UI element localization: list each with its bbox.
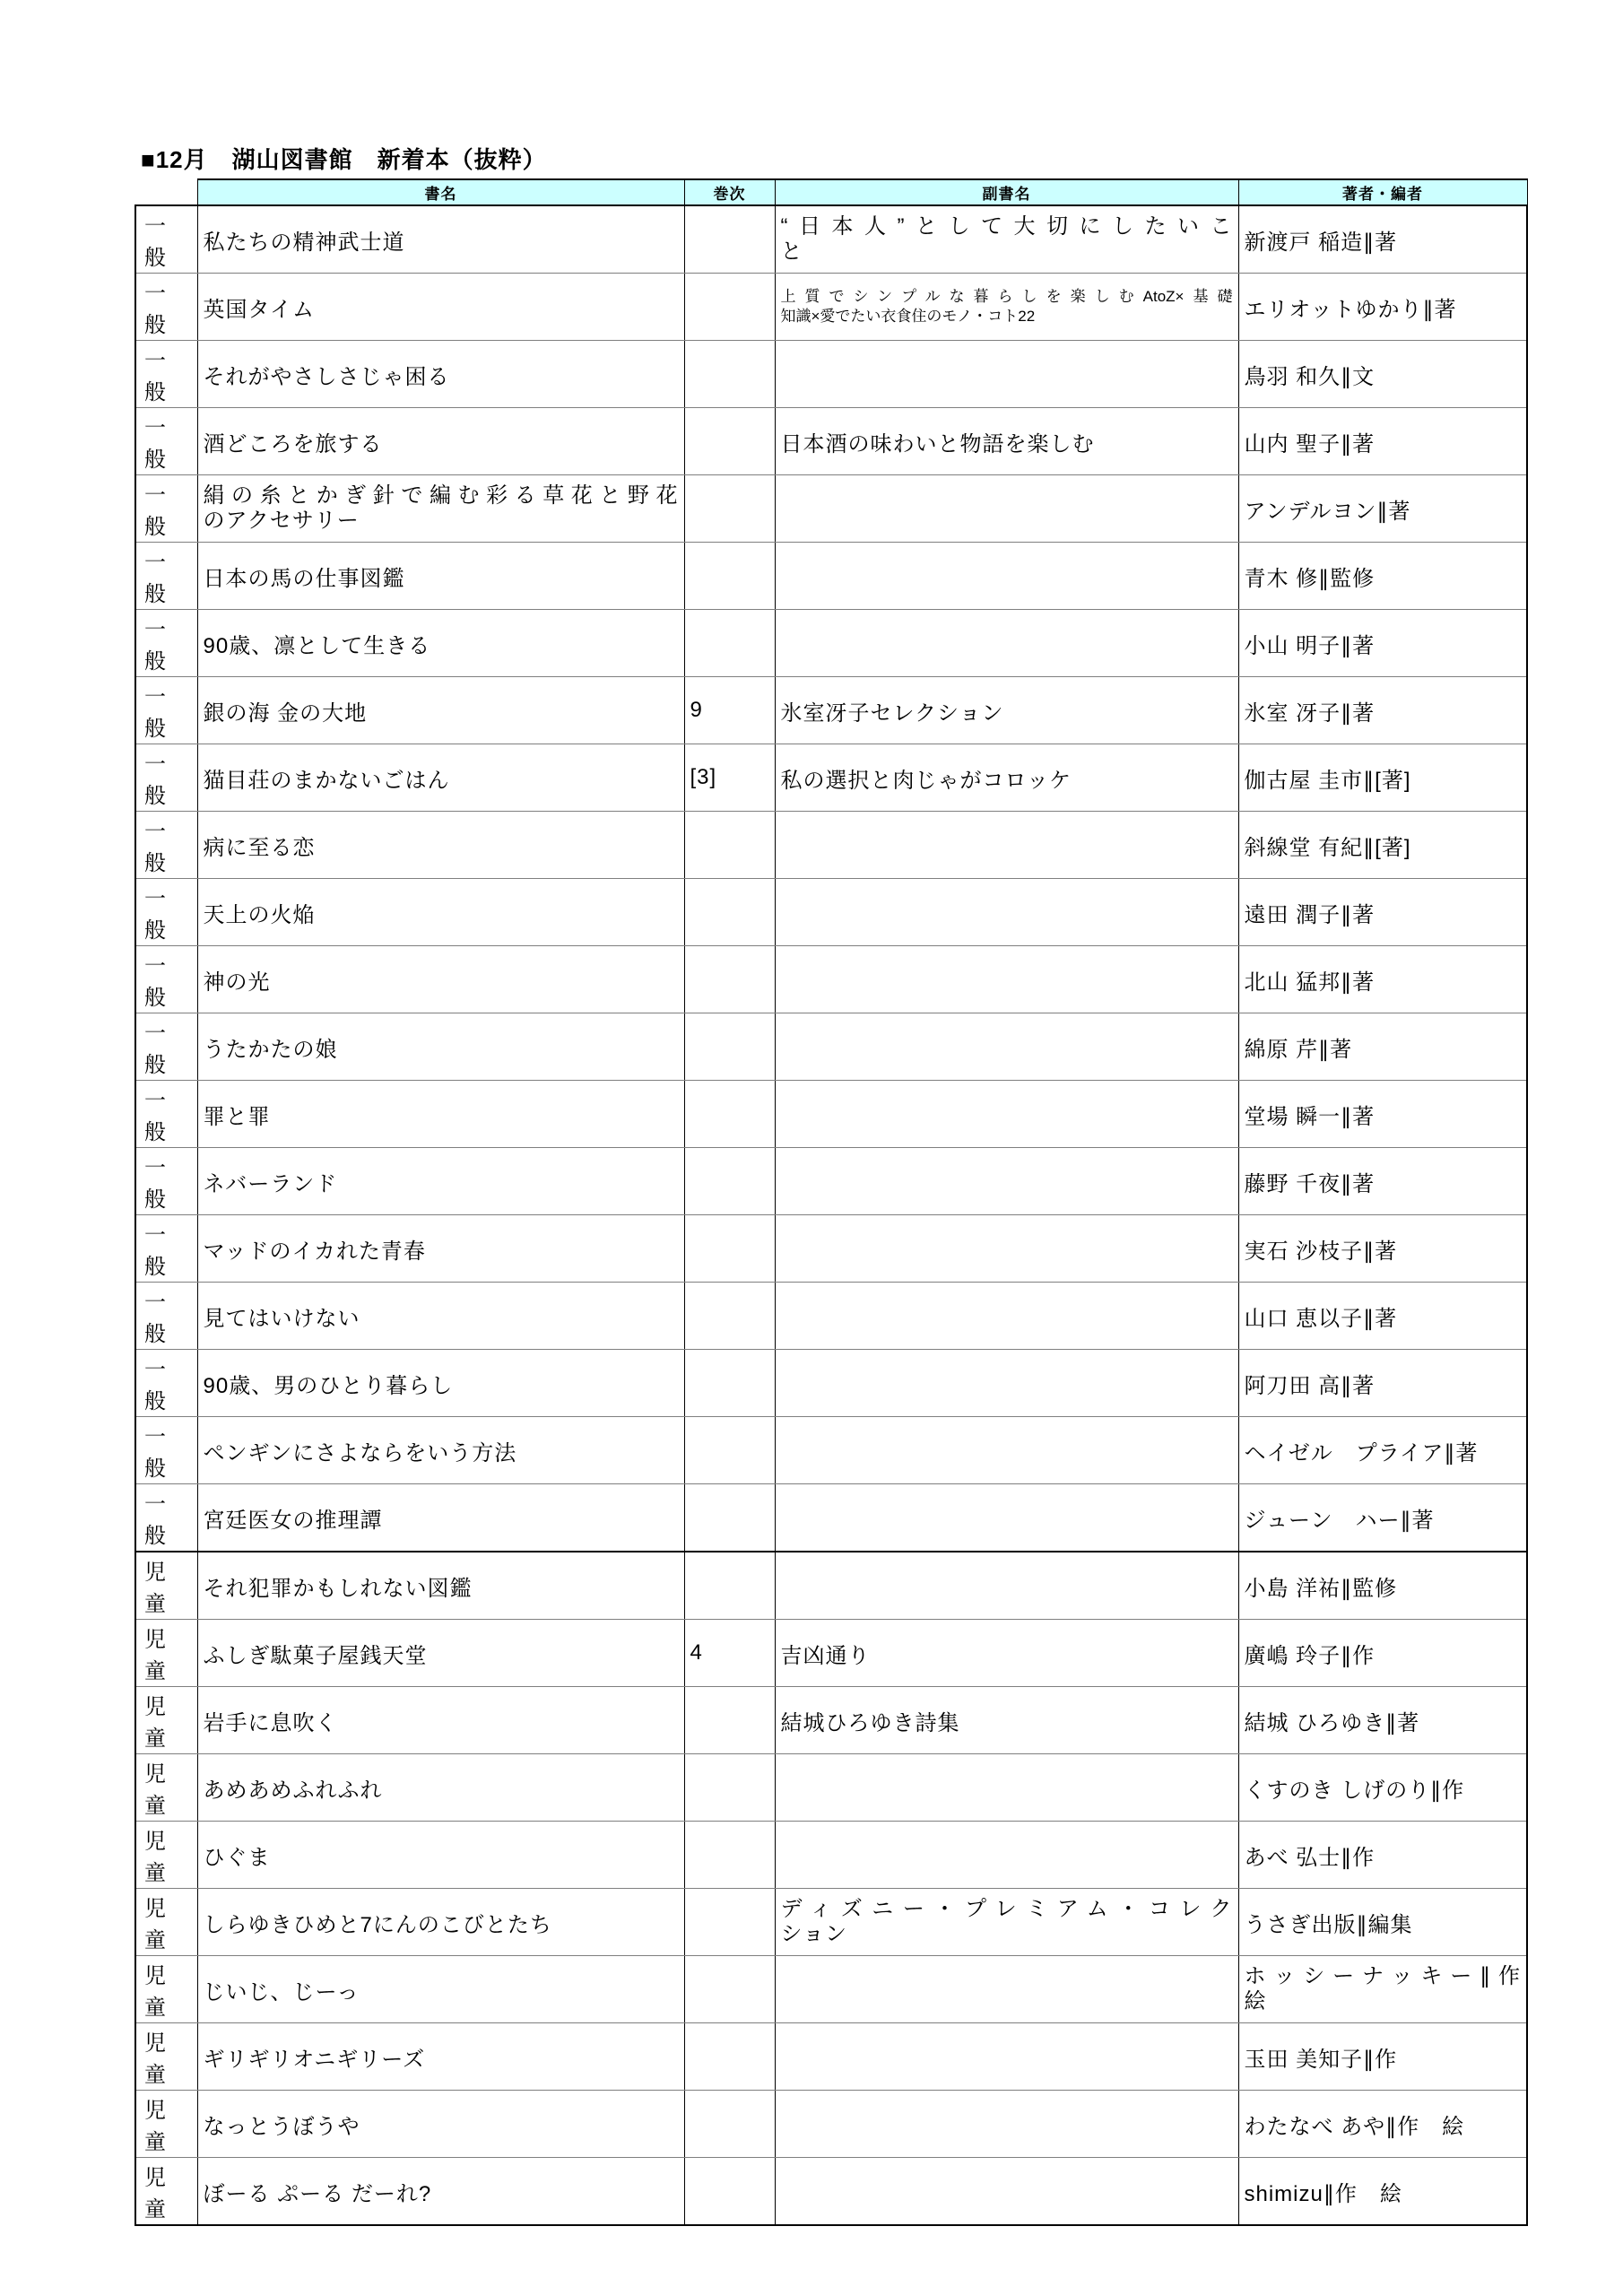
cell-author: 山内 聖子∥著	[1238, 408, 1527, 475]
cell-subtitle	[775, 879, 1238, 946]
cell-title: 90歳、凛として生きる	[197, 610, 684, 677]
cell-title: 岩手に息吹く	[197, 1687, 684, 1754]
table-row: 児童なっとうぼうやわたなべ あや∥作 絵	[135, 2091, 1527, 2158]
cell-subtitle	[775, 1417, 1238, 1484]
table-row: 児童ふしぎ駄菓子屋銭天堂4吉凶通り廣嶋 玲子∥作	[135, 1620, 1527, 1687]
cell-subtitle	[775, 341, 1238, 408]
cell-subtitle: 吉凶通り	[775, 1620, 1238, 1687]
cell-title: 酒どころを旅する	[197, 408, 684, 475]
cell-author: 綿原 芹∥著	[1238, 1013, 1527, 1081]
cell-volume	[684, 1283, 775, 1350]
cell-title: それがやさしさじゃ困る	[197, 341, 684, 408]
cell-author: 斜線堂 有紀∥[著]	[1238, 812, 1527, 879]
cell-volume	[684, 341, 775, 408]
table-row: 児童それ犯罪かもしれない図鑑小島 洋祐∥監修	[135, 1552, 1527, 1620]
column-header-volume: 巻次	[684, 179, 775, 205]
cell-category: 一般	[135, 1417, 197, 1484]
cell-subtitle: “日本人”として大切にしたいこと	[775, 205, 1238, 274]
cell-author: 遠田 潤子∥著	[1238, 879, 1527, 946]
cell-title: 日本の馬の仕事図鑑	[197, 543, 684, 610]
cell-title: 絹の糸とかぎ針で編む彩る草花と野花のアクセサリー	[197, 475, 684, 543]
cell-volume: [3]	[684, 744, 775, 812]
cell-category: 一般	[135, 946, 197, 1013]
table-row: 一般90歳、凛として生きる小山 明子∥著	[135, 610, 1527, 677]
cell-subtitle	[775, 1283, 1238, 1350]
cell-category: 児童	[135, 2023, 197, 2091]
cell-category: 児童	[135, 1822, 197, 1889]
cell-author: 実石 沙枝子∥著	[1238, 1215, 1527, 1283]
cell-volume	[684, 1687, 775, 1754]
cell-author: 北山 猛邦∥著	[1238, 946, 1527, 1013]
cell-subtitle	[775, 1754, 1238, 1822]
table-row: 児童じいじ、じーっホッシーナッキー∥作絵	[135, 1956, 1527, 2023]
cell-subtitle	[775, 2023, 1238, 2091]
cell-volume	[684, 1081, 775, 1148]
table-row: 一般神の光北山 猛邦∥著	[135, 946, 1527, 1013]
table-row: 一般マッドのイカれた青春実石 沙枝子∥著	[135, 1215, 1527, 1283]
table-row: 児童あめあめふれふれくすのき しげのり∥作	[135, 1754, 1527, 1822]
cell-title: 病に至る恋	[197, 812, 684, 879]
table-row: 一般病に至る恋斜線堂 有紀∥[著]	[135, 812, 1527, 879]
cell-volume	[684, 1417, 775, 1484]
cell-category: 一般	[135, 812, 197, 879]
cell-category: 一般	[135, 1215, 197, 1283]
cell-author: 山口 恵以子∥著	[1238, 1283, 1527, 1350]
table-header: 書名 巻次 副書名 著者・編者	[135, 179, 1527, 205]
cell-subtitle: ディズニー・プレミアム・コレクション	[775, 1889, 1238, 1956]
cell-volume	[684, 1956, 775, 2023]
cell-category: 一般	[135, 475, 197, 543]
table-row: 一般見てはいけない山口 恵以子∥著	[135, 1283, 1527, 1350]
table-row: 児童ギリギリオニギリーズ玉田 美知子∥作	[135, 2023, 1527, 2091]
cell-volume	[684, 1552, 775, 1620]
cell-subtitle	[775, 543, 1238, 610]
cell-title: あめあめふれふれ	[197, 1754, 684, 1822]
cell-volume	[684, 2158, 775, 2226]
cell-category: 児童	[135, 1552, 197, 1620]
table-row: 児童ひぐまあべ 弘士∥作	[135, 1822, 1527, 1889]
cell-category: 一般	[135, 744, 197, 812]
table-row: 一般ネバーランド藤野 千夜∥著	[135, 1148, 1527, 1215]
cell-title: ぼーる ぷーる だーれ?	[197, 2158, 684, 2226]
cell-author: あべ 弘士∥作	[1238, 1822, 1527, 1889]
cell-category: 一般	[135, 1148, 197, 1215]
cell-category: 一般	[135, 610, 197, 677]
cell-subtitle	[775, 1484, 1238, 1552]
cell-category: 一般	[135, 341, 197, 408]
cell-title: マッドのイカれた青春	[197, 1215, 684, 1283]
table-row: 一般90歳、男のひとり暮らし阿刀田 高∥著	[135, 1350, 1527, 1417]
cell-category: 児童	[135, 1687, 197, 1754]
cell-subtitle	[775, 1013, 1238, 1081]
cell-volume	[684, 2091, 775, 2158]
cell-title: それ犯罪かもしれない図鑑	[197, 1552, 684, 1620]
cell-title: 私たちの精神武士道	[197, 205, 684, 274]
cell-author: 結城 ひろゆき∥著	[1238, 1687, 1527, 1754]
cell-line: ディズニー・プレミアム・コレク	[781, 1897, 1233, 1922]
cell-category: 一般	[135, 677, 197, 744]
cell-subtitle	[775, 2091, 1238, 2158]
cell-category: 一般	[135, 1484, 197, 1552]
cell-category: 児童	[135, 1754, 197, 1822]
cell-category: 児童	[135, 2158, 197, 2226]
cell-author: わたなべ あや∥作 絵	[1238, 2091, 1527, 2158]
cell-subtitle	[775, 1552, 1238, 1620]
cell-author: ヘイゼル プライア∥著	[1238, 1417, 1527, 1484]
cell-line: 知識×愛でたい衣食住のモノ・コト22	[781, 307, 1233, 326]
cell-title: 宮廷医女の推理譚	[197, 1484, 684, 1552]
cell-line: 絹の糸とかぎ針で編む彩る草花と野花	[204, 483, 679, 509]
cell-category: 一般	[135, 1350, 197, 1417]
cell-subtitle: 日本酒の味わいと物語を楽しむ	[775, 408, 1238, 475]
cell-volume	[684, 610, 775, 677]
cell-category: 一般	[135, 408, 197, 475]
page: ■12月 湖山図書館 新着本（抜粋） 書名 巻次 副書名 著者・編者 一般私たち…	[0, 0, 1623, 2296]
cell-line: のアクセサリー	[204, 509, 679, 534]
cell-subtitle	[775, 2158, 1238, 2226]
cell-subtitle	[775, 812, 1238, 879]
table-row: 一般酒どころを旅する日本酒の味わいと物語を楽しむ山内 聖子∥著	[135, 408, 1527, 475]
new-arrivals-table: 書名 巻次 副書名 著者・編者 一般私たちの精神武士道“日本人”として大切にした…	[135, 178, 1528, 2226]
cell-title: 天上の火焔	[197, 879, 684, 946]
cell-volume	[684, 2023, 775, 2091]
column-header-author: 著者・編者	[1238, 179, 1527, 205]
cell-author: 堂場 瞬一∥著	[1238, 1081, 1527, 1148]
column-header-subtitle: 副書名	[775, 179, 1238, 205]
cell-subtitle	[775, 946, 1238, 1013]
cell-author: ホッシーナッキー∥作絵	[1238, 1956, 1527, 2023]
cell-volume: 9	[684, 677, 775, 744]
cell-title: 神の光	[197, 946, 684, 1013]
cell-volume	[684, 879, 775, 946]
cell-title: ふしぎ駄菓子屋銭天堂	[197, 1620, 684, 1687]
table-row: 一般天上の火焔遠田 潤子∥著	[135, 879, 1527, 946]
header-row: 書名 巻次 副書名 著者・編者	[135, 179, 1527, 205]
cell-author: うさぎ出版∥編集	[1238, 1889, 1527, 1956]
table-row: 一般それがやさしさじゃ困る鳥羽 和久∥文	[135, 341, 1527, 408]
cell-title: 猫目荘のまかないごはん	[197, 744, 684, 812]
table-row: 児童しらゆきひめと7にんのこびとたちディズニー・プレミアム・コレクションうさぎ出…	[135, 1889, 1527, 1956]
table-row: 一般ペンギンにさよならをいう方法ヘイゼル プライア∥著	[135, 1417, 1527, 1484]
cell-author: 新渡戸 稲造∥著	[1238, 205, 1527, 274]
cell-line: 上質でシンプルな暮らしを楽しむAtoZ×基礎	[781, 287, 1233, 307]
cell-line: 絵	[1245, 1989, 1522, 2014]
cell-volume: 4	[684, 1620, 775, 1687]
cell-title: 銀の海 金の大地	[197, 677, 684, 744]
table-row: 一般絹の糸とかぎ針で編む彩る草花と野花のアクセサリーアンデルヨン∥著	[135, 475, 1527, 543]
cell-title: 見てはいけない	[197, 1283, 684, 1350]
cell-volume	[684, 1215, 775, 1283]
cell-author: 玉田 美知子∥作	[1238, 2023, 1527, 2091]
cell-volume	[684, 274, 775, 341]
cell-subtitle	[775, 610, 1238, 677]
cell-category: 一般	[135, 205, 197, 274]
header-spacer	[135, 179, 197, 205]
cell-category: 一般	[135, 543, 197, 610]
cell-author: 鳥羽 和久∥文	[1238, 341, 1527, 408]
cell-subtitle	[775, 1350, 1238, 1417]
cell-title: 罪と罪	[197, 1081, 684, 1148]
cell-volume	[684, 1822, 775, 1889]
cell-author: 小山 明子∥著	[1238, 610, 1527, 677]
cell-subtitle	[775, 1148, 1238, 1215]
cell-line: ション	[781, 1922, 1233, 1947]
cell-volume	[684, 812, 775, 879]
cell-volume	[684, 408, 775, 475]
cell-category: 一般	[135, 1081, 197, 1148]
table-row: 一般うたかたの娘綿原 芹∥著	[135, 1013, 1527, 1081]
cell-author: shimizu∥作 絵	[1238, 2158, 1527, 2226]
cell-line: と	[781, 239, 1233, 265]
cell-subtitle	[775, 1081, 1238, 1148]
table-row: 一般英国タイム上質でシンプルな暮らしを楽しむAtoZ×基礎知識×愛でたい衣食住の…	[135, 274, 1527, 341]
cell-category: 児童	[135, 1956, 197, 2023]
cell-category: 児童	[135, 2091, 197, 2158]
table-row: 児童岩手に息吹く結城ひろゆき詩集結城 ひろゆき∥著	[135, 1687, 1527, 1754]
table-row: 一般宮廷医女の推理譚ジューン ハー∥著	[135, 1484, 1527, 1552]
column-header-title: 書名	[197, 179, 684, 205]
cell-subtitle: 氷室冴子セレクション	[775, 677, 1238, 744]
cell-title: うたかたの娘	[197, 1013, 684, 1081]
cell-title: じいじ、じーっ	[197, 1956, 684, 2023]
cell-volume	[684, 1148, 775, 1215]
cell-volume	[684, 1889, 775, 1956]
cell-subtitle	[775, 1822, 1238, 1889]
page-title: ■12月 湖山図書館 新着本（抜粋）	[141, 142, 547, 175]
cell-author: アンデルヨン∥著	[1238, 475, 1527, 543]
cell-category: 一般	[135, 879, 197, 946]
cell-title: 英国タイム	[197, 274, 684, 341]
cell-author: 氷室 冴子∥著	[1238, 677, 1527, 744]
cell-category: 児童	[135, 1620, 197, 1687]
table-row: 一般日本の馬の仕事図鑑青木 修∥監修	[135, 543, 1527, 610]
cell-subtitle: 上質でシンプルな暮らしを楽しむAtoZ×基礎知識×愛でたい衣食住のモノ・コト22	[775, 274, 1238, 341]
cell-title: ペンギンにさよならをいう方法	[197, 1417, 684, 1484]
cell-category: 一般	[135, 274, 197, 341]
table-row: 一般銀の海 金の大地9氷室冴子セレクション氷室 冴子∥著	[135, 677, 1527, 744]
cell-subtitle	[775, 475, 1238, 543]
cell-subtitle: 結城ひろゆき詩集	[775, 1687, 1238, 1754]
cell-subtitle	[775, 1215, 1238, 1283]
table-body: 一般私たちの精神武士道“日本人”として大切にしたいこと新渡戸 稲造∥著一般英国タ…	[135, 205, 1527, 2225]
table-row: 一般私たちの精神武士道“日本人”として大切にしたいこと新渡戸 稲造∥著	[135, 205, 1527, 274]
table-row: 一般罪と罪堂場 瞬一∥著	[135, 1081, 1527, 1148]
cell-author: 廣嶋 玲子∥作	[1238, 1620, 1527, 1687]
cell-volume	[684, 205, 775, 274]
cell-volume	[684, 1754, 775, 1822]
cell-title: 90歳、男のひとり暮らし	[197, 1350, 684, 1417]
cell-author: ジューン ハー∥著	[1238, 1484, 1527, 1552]
cell-author: 阿刀田 高∥著	[1238, 1350, 1527, 1417]
cell-author: 小島 洋祐∥監修	[1238, 1552, 1527, 1620]
cell-title: なっとうぼうや	[197, 2091, 684, 2158]
cell-author: くすのき しげのり∥作	[1238, 1754, 1527, 1822]
cell-author: 青木 修∥監修	[1238, 543, 1527, 610]
table-row: 一般猫目荘のまかないごはん[3]私の選択と肉じゃがコロッケ伽古屋 圭市∥[著]	[135, 744, 1527, 812]
table-row: 児童ぼーる ぷーる だーれ?shimizu∥作 絵	[135, 2158, 1527, 2226]
cell-title: しらゆきひめと7にんのこびとたち	[197, 1889, 684, 1956]
cell-line: “日本人”として大切にしたいこ	[781, 214, 1233, 239]
cell-volume	[684, 1013, 775, 1081]
cell-line: ホッシーナッキー∥作	[1245, 1964, 1522, 1989]
cell-title: ひぐま	[197, 1822, 684, 1889]
cell-author: 藤野 千夜∥著	[1238, 1148, 1527, 1215]
cell-subtitle: 私の選択と肉じゃがコロッケ	[775, 744, 1238, 812]
cell-author: 伽古屋 圭市∥[著]	[1238, 744, 1527, 812]
cell-volume	[684, 946, 775, 1013]
cell-title: ネバーランド	[197, 1148, 684, 1215]
cell-volume	[684, 1484, 775, 1552]
cell-category: 一般	[135, 1283, 197, 1350]
cell-volume	[684, 1350, 775, 1417]
cell-volume	[684, 475, 775, 543]
cell-author: エリオットゆかり∥著	[1238, 274, 1527, 341]
cell-category: 一般	[135, 1013, 197, 1081]
cell-volume	[684, 543, 775, 610]
cell-subtitle	[775, 1956, 1238, 2023]
cell-title: ギリギリオニギリーズ	[197, 2023, 684, 2091]
cell-category: 児童	[135, 1889, 197, 1956]
